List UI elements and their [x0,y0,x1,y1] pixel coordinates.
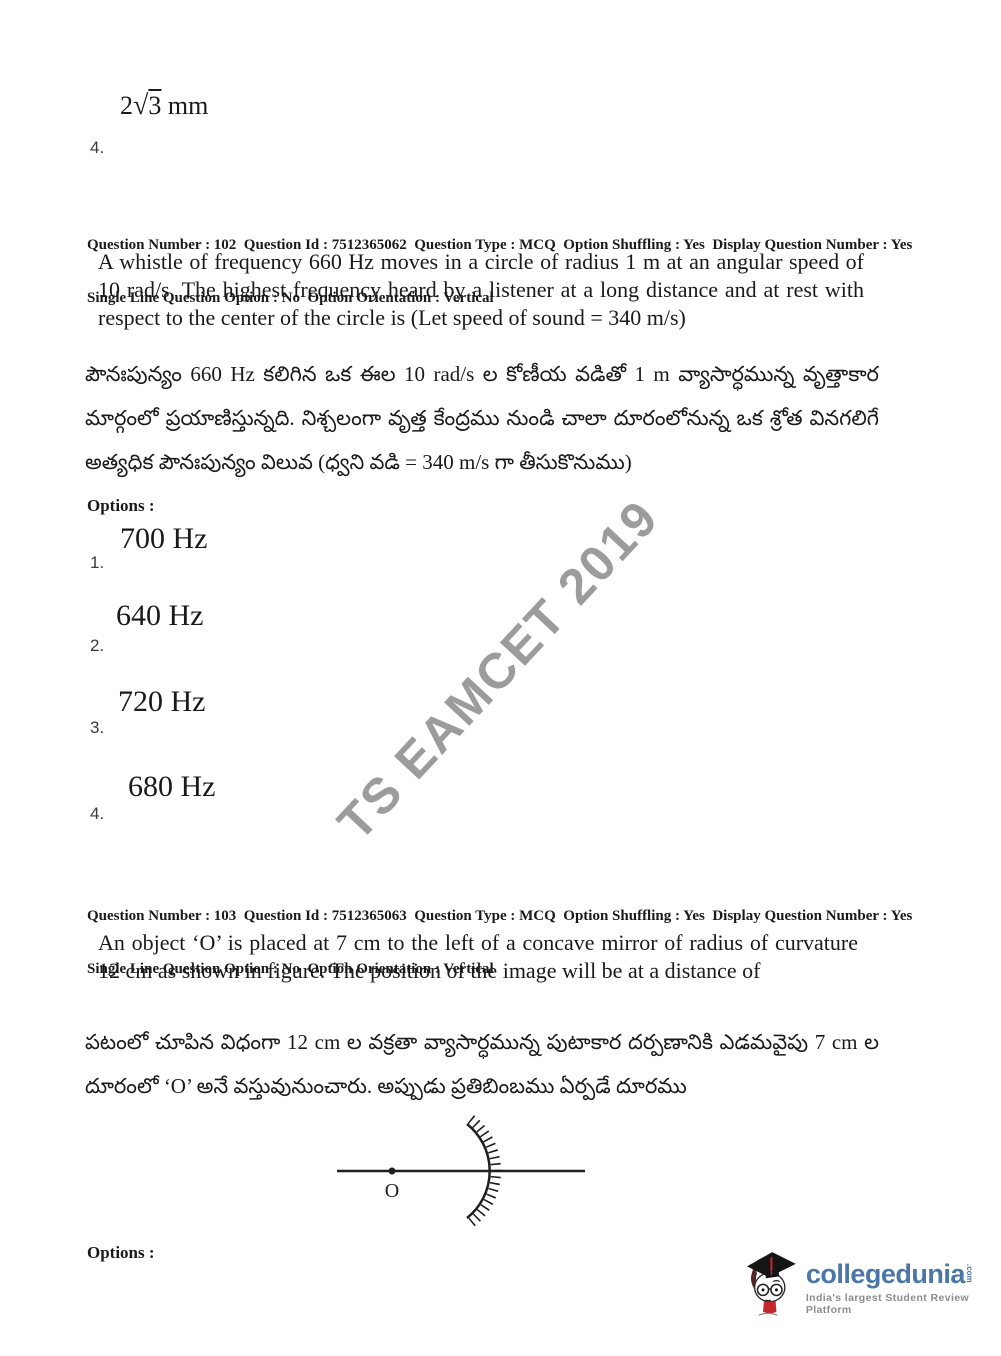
logo-text-block: collegedunia .com India's largest Studen… [806,1246,1001,1316]
option-3-text: 720 Hz [118,685,205,719]
brand-domain: .com [965,1264,974,1283]
option-2-number: 2. [90,636,104,656]
prev-option-number: 4. [90,138,104,158]
question-102-text-telugu: పౌనఃపున్యం 660 Hz కలిగిన ఒక ఈల 10 rad/s … [85,352,879,484]
object-point [389,1168,396,1175]
brand-tagline: India's largest Student Review Platform [806,1292,1001,1316]
option-4-text: 680 Hz [128,770,215,804]
option-2-text: 640 Hz [116,599,203,633]
exam-paper-page: TS EAMCET 2019 2√3 mm 4. Question Number… [0,0,1001,1356]
question-103-options-label: Options : [87,1243,155,1263]
question-102-text-english: A whistle of frequency 660 Hz moves in a… [98,248,864,332]
object-label: O [385,1180,399,1202]
meta-line-1: Question Number : 103 Question Id : 7512… [87,908,947,926]
option-1-number: 1. [90,553,104,573]
formula-radicand: 3 [148,91,161,120]
formula-coefficient: 2 [120,91,133,120]
question-103-text-telugu: పటంలో చూపిన విధంగా 12 cm ల వక్రతా వ్యాసా… [85,1020,879,1108]
option-3-number: 3. [90,718,104,738]
brand-name: collegedunia [806,1260,965,1288]
collegedunia-mascot-icon [742,1246,801,1322]
collegedunia-logo: collegedunia .com India's largest Studen… [742,1246,1001,1322]
option-1-text: 700 Hz [120,522,207,556]
option-4-number: 4. [90,804,104,824]
radical-sign: √ [133,90,148,121]
question-102-options-label: Options : [87,496,155,516]
watermark: TS EAMCET 2019 [326,489,670,852]
question-103-text-english: An object ‘O’ is placed at 7 cm to the l… [98,929,858,985]
formula-unit: mm [168,91,208,120]
concave-mirror-figure: O [300,1103,720,1238]
prev-option-formula: 2√3 mm [120,90,208,122]
